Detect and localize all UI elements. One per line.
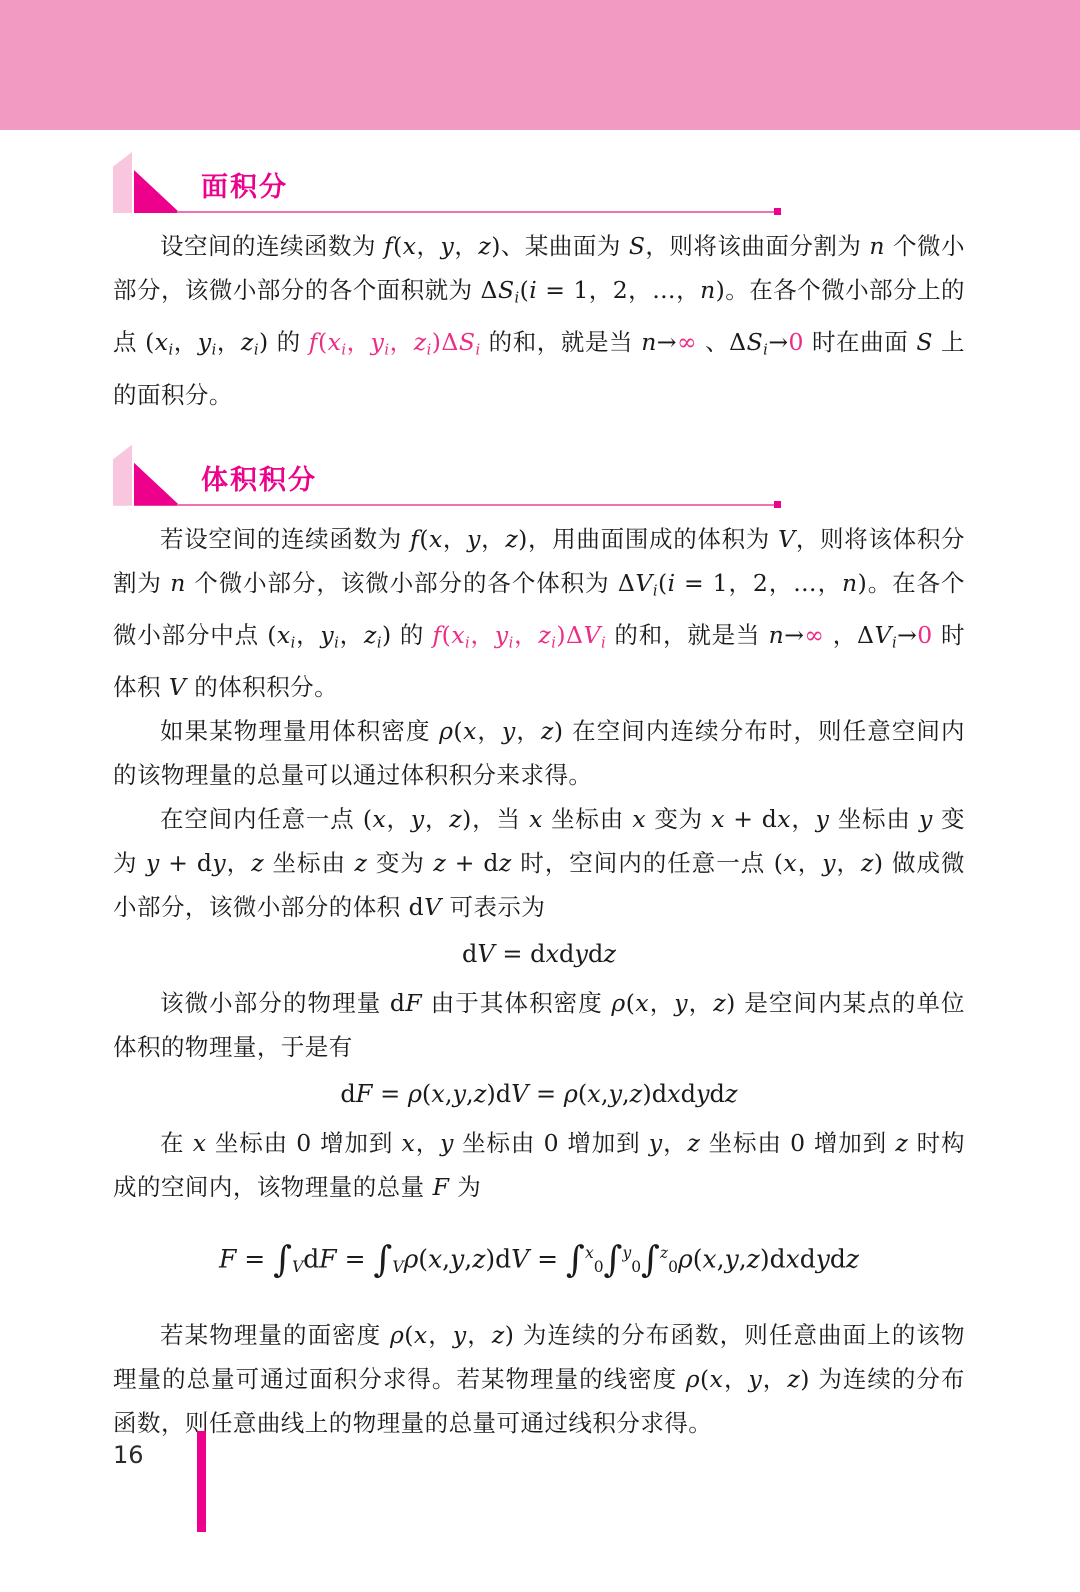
triangle-dark-icon [134, 170, 180, 213]
paragraph: 设空间的连续函数为 f(x，y，z)、某曲面为 S，则将该曲面分割为 n 个微小… [113, 224, 965, 417]
triangle-dark-icon [134, 463, 180, 506]
paragraph: 若设空间的连续函数为 f(x，y，z)，用曲面围成的体积为 V，则将该体积分割为… [113, 517, 965, 710]
section-header-surface-integral: 面积分 [113, 150, 965, 214]
paragraph: 该微小部分的物理量 dF 由于其体积密度 ρ(x，y，z) 是空间内某点的单位体… [113, 981, 965, 1069]
section-title: 体积积分 [201, 458, 317, 497]
page-margin-bar [197, 1431, 206, 1532]
paragraph: 在空间内任意一点 (x，y，z)，当 x 坐标由 x 变为 x + dx，y 坐… [113, 797, 965, 929]
underline-end-dot-icon [774, 501, 781, 508]
header-underline [177, 211, 778, 213]
paragraph: 若某物理量的面密度 ρ(x，y，z) 为连续的分布函数，则任意曲面上的该物理量的… [113, 1313, 965, 1445]
paragraph: 如果某物理量用体积密度 ρ(x，y，z) 在空间内连续分布时，则任意空间内的该物… [113, 709, 965, 797]
section-header-volume-integral: 体积积分 [113, 443, 965, 507]
header-underline [177, 504, 778, 506]
section-title: 面积分 [201, 165, 288, 204]
page-content: 面积分 设空间的连续函数为 f(x，y，z)、某曲面为 S，则将该曲面分割为 n… [113, 150, 965, 1445]
page-number: 16 [113, 1441, 144, 1469]
paragraph: 在 x 坐标由 0 增加到 x，y 坐标由 0 增加到 y，z 坐标由 0 增加… [113, 1121, 965, 1209]
formula-df: dF = ρ(x,y,z)dV = ρ(x,y,z)dxdydz [113, 1074, 965, 1114]
formula-dv: dV = dxdydz [113, 934, 965, 974]
formula-total-f: F = ∫VdF = ∫Vρ(x,y,z)dV = ∫x0∫y0∫z0ρ(x,y… [113, 1225, 965, 1295]
book-page: 面积分 设空间的连续函数为 f(x，y，z)、某曲面为 S，则将该曲面分割为 n… [0, 0, 1080, 1592]
top-banner [0, 0, 1080, 130]
triangle-light-icon [113, 152, 132, 213]
triangle-light-icon [113, 445, 132, 506]
underline-end-dot-icon [774, 208, 781, 215]
